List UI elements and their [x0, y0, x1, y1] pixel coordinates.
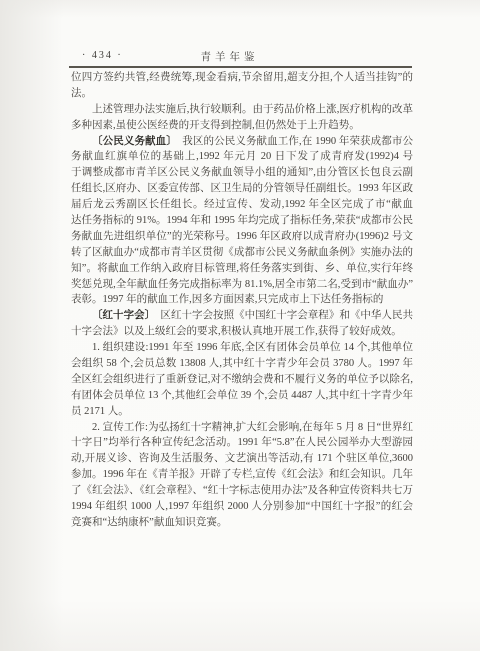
text-line: 全区红会组织进行了重新登记,对不缴纳会费和不履行义务的单位予以除名,共: [71, 372, 413, 388]
text-line-content: 表彰。1997 年的献血工作,因多方面因素,只完成市上下达任务指标的 29.7%…: [71, 294, 383, 308]
text-line-content: 上述管理办法实施后,执行较顺利。由于药品价格上涨,医疗机构的改革等: [71, 104, 413, 118]
text-line-content: 位四方签约共管,经费统筹,现金看病,节余留用,超支分担,个人适当挂钩”的办: [71, 72, 413, 86]
text-line: 法。: [71, 86, 413, 102]
text-line: 奖惩兑现,全年献血任务完成指标率为 81.1%,居全市第二名,受到市“献血办”: [71, 277, 413, 293]
text-line-content: 1994 年组织 1000 人,1997 年组织 2000 人分别参加“中国红十…: [71, 501, 413, 515]
text-line-content: 奖惩兑现,全年献血任务完成指标率为 81.1%,居全市第二名,受到市“献血办”: [71, 279, 413, 290]
text-line-content: 参加。1996 年在《青羊报》开辟了专栏,宣传《红会法》和红会知识。几年来印发: [71, 469, 413, 483]
text-line: 务献血红旗单位的基础上,1992 年元月 20 日下发了成青府发(1992)4 …: [71, 149, 413, 165]
text-line: 〔红十字会〕 区红十字会按照《中国红十字会章程》和《中华人民共和国红: [71, 308, 413, 324]
text-line: 转了区献血办“成都市青羊区贯彻《成都市公民义务献血条例》实施办法的通: [71, 245, 413, 261]
text-line-content: 务献血先进组织单位”的光荣称号。1996 年区政府以成青府办(1996)2 号文…: [71, 231, 413, 245]
text-line-content: 十字日”均举行各种宣传纪念活动。1991 年“5.8”在人民公园举办大型游园活: [71, 437, 413, 451]
book-title: 青羊年鉴: [69, 49, 390, 64]
text-line: 参加。1996 年在《青羊报》开辟了专栏,宣传《红会法》和红会知识。几年来印发: [71, 467, 413, 483]
text-line: 于调整成都市青羊区公民义务献血领导小组的通知”,由分管区长包良云副区长: [71, 165, 413, 181]
page-header: · 434 · 青羊年鉴: [69, 49, 412, 64]
text-line: 1994 年组织 1000 人,1997 年组织 2000 人分别参加“中国红十…: [71, 499, 413, 515]
text-line: 了《红会法》、《红会章程》、“红十字标志使用办法”及各种宣传资料共七万多份。: [71, 483, 413, 499]
scanned-page: · 434 · 青羊年鉴 位四方签约共管,经费统筹,现金看病,节余留用,超支分担…: [0, 0, 480, 651]
text-line-content: 于调整成都市青羊区公民义务献血领导小组的通知”,由分管区长包良云副区长: [71, 167, 413, 181]
text-line: 〔公民义务献血〕 我区的公民义务献血工作,在 1990 年荣获成都市公民义: [71, 134, 413, 150]
text-line-content: 届后龙云秀副区长任组长。经过宣传、发动,1992 年全区完成了市“献血办”下: [71, 199, 413, 213]
header-rule: [69, 66, 412, 68]
page-body: 位四方签约共管,经费统筹,现金看病,节余留用,超支分担,个人适当挂钩”的办 法。…: [71, 70, 413, 531]
text-line-content: 1. 组织建设:1991 年至 1996 年底,全区有团体会员单位 14 个,其…: [71, 342, 413, 356]
section-heading: 〔红十字会〕: [92, 310, 150, 321]
text-line: 1. 组织建设:1991 年至 1996 年底,全区有团体会员单位 14 个,其…: [71, 340, 413, 356]
text-line-content: 务献血红旗单位的基础上,1992 年元月 20 日下发了成青府发(1992)4 …: [71, 151, 413, 165]
text-line-content: 十字会法》以及上级红会的要求,积极认真地开展工作,获得了较好成效。: [71, 326, 402, 337]
text-line-content: 了《红会法》、《红会章程》、“红十字标志使用办法”及各种宣传资料共七万多份。: [71, 485, 413, 499]
text-line: 知”。将献血工作纳入政府目标管理,将任务落实到街、乡、单位,实行年终考核,: [71, 261, 413, 277]
section-heading: 〔公民义务献血〕: [92, 136, 172, 147]
text-line: 位四方签约共管,经费统筹,现金看病,节余留用,超支分担,个人适当挂钩”的办: [71, 70, 413, 86]
text-line-content: 全区红会组织进行了重新登记,对不缴纳会费和不履行义务的单位予以除名,共: [71, 374, 413, 388]
text-line: 表彰。1997 年的献血工作,因多方面因素,只完成市上下达任务指标的 29.7%…: [71, 292, 413, 308]
text-line-content: 多种因素,虽使公医经费的开支得到控制,但仍然处于上升趋势。: [71, 120, 360, 131]
text-line-content: 有团体会员单位 13 个,其他红会单位 39 个,会员 4487 人,其中红十字…: [71, 390, 413, 404]
text-line: 届后龙云秀副区长任组长。经过宣传、发动,1992 年全区完成了市“献血办”下: [71, 197, 413, 213]
text-line: 2. 宣传工作:为弘扬红十字精神,扩大红会影响,在每年 5 月 8 日“世界红: [71, 420, 413, 436]
text-line-content: 知”。将献血工作纳入政府目标管理,将任务落实到街、乡、单位,实行年终考核,: [71, 263, 413, 277]
text-line: 十字会法》以及上级红会的要求,积极认真地开展工作,获得了较好成效。: [71, 324, 413, 340]
page-gutter-shadow: [0, 0, 70, 651]
text-line-content: 转了区献血办“成都市青羊区贯彻《成都市公民义务献血条例》实施办法的通: [71, 247, 413, 261]
text-line: 任组长,区府办、区委宣传部、区卫生局的分管领导任副组长。1993 年区政府换: [71, 181, 413, 197]
text-line: 达任务指标的 91%。1994 年和 1995 年均完成了指标任务,荣获“成都市…: [71, 213, 413, 229]
text-line-content: 达任务指标的 91%。1994 年和 1995 年均完成了指标任务,荣获“成都市…: [71, 215, 413, 229]
text-line-content: 动,开展义诊、咨询及生活服务、文艺演出等活动,有 171 个驻区单位,3600 …: [71, 453, 413, 467]
text-line-content: 2. 宣传工作:为弘扬红十字精神,扩大红会影响,在每年 5 月 8 日“世界红: [92, 422, 413, 433]
text-line: 竞赛和“达纳康杯”献血知识竞赛。: [71, 515, 413, 531]
text-line: 动,开展义诊、咨询及生活服务、文艺演出等活动,有 171 个驻区单位,3600 …: [71, 451, 413, 467]
text-line-content: 法。: [71, 88, 92, 99]
text-line: 员 2171 人。: [71, 404, 413, 420]
text-line-content: 会组织 58 个,会员总数 13808 人,其中红十字青少年会员 3780 人。…: [71, 358, 413, 372]
text-line-content: 竞赛和“达纳康杯”献血知识竞赛。: [71, 517, 227, 528]
text-line: 上述管理办法实施后,执行较顺利。由于药品价格上涨,医疗机构的改革等: [71, 102, 413, 118]
text-line: 务献血先进组织单位”的光荣称号。1996 年区政府以成青府办(1996)2 号文…: [71, 229, 413, 245]
text-line: 多种因素,虽使公医经费的开支得到控制,但仍然处于上升趋势。: [71, 118, 413, 134]
text-line: 有团体会员单位 13 个,其他红会单位 39 个,会员 4487 人,其中红十字…: [71, 388, 413, 404]
text-line-content: 员 2171 人。: [71, 406, 129, 417]
text-line: 十字日”均举行各种宣传纪念活动。1991 年“5.8”在人民公园举办大型游园活: [71, 435, 413, 451]
text-line-content: 任组长,区府办、区委宣传部、区卫生局的分管领导任副组长。1993 年区政府换: [71, 183, 413, 197]
text-line: 会组织 58 个,会员总数 13808 人,其中红十字青少年会员 3780 人。…: [71, 356, 413, 372]
